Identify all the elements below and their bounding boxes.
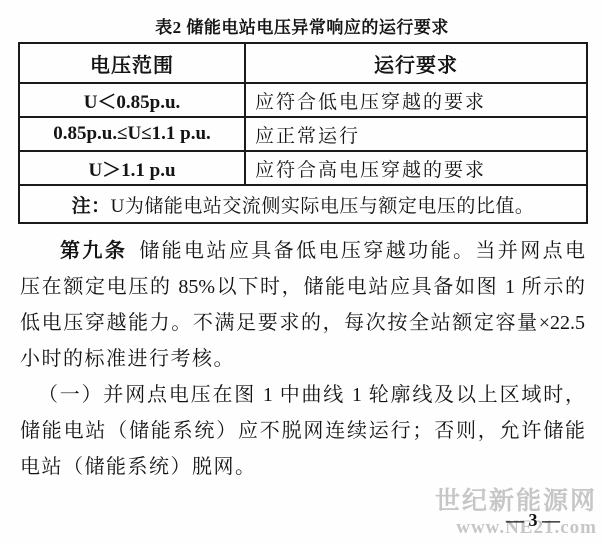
- note-label: 注：: [72, 196, 111, 217]
- cell-requirement: 应符合高电压穿越的要求: [245, 151, 587, 185]
- table-row: 0.85p.u.≤U≤1.1 p.u. 应正常运行: [19, 117, 587, 151]
- header-voltage-range: 电压范围: [19, 43, 245, 83]
- cell-requirement: 应正常运行: [245, 117, 587, 151]
- cell-requirement: 应符合低电压穿越的要求: [245, 83, 587, 117]
- cell-voltage-range: U＜0.85p.u.: [19, 83, 245, 117]
- table-row: U＞1.1 p.u 应符合高电压穿越的要求: [19, 151, 587, 185]
- note-text: U为储能电站交流侧实际电压与额定电压的比值。: [111, 196, 535, 217]
- article9-line: 第九条储能电站应具备低电压穿越功能。当并网点电: [20, 233, 585, 269]
- article9-label: 第九条: [60, 240, 127, 262]
- document-page: 表2 储能电站电压异常响应的运行要求 电压范围 运行要求 U＜0.85p.u. …: [0, 0, 604, 544]
- body-text: 第九条储能电站应具备低电压穿越功能。当并网点电 压在额定电压的 85%以下时，储…: [20, 233, 585, 485]
- article9-line: 压在额定电压的 85%以下时，储能电站应具备如图 1 所示的: [20, 269, 585, 305]
- article9-line: 低电压穿越能力。不满足要求的，每次按全站额定容量×22.5: [20, 305, 585, 341]
- header-operation-requirement: 运行要求: [245, 43, 587, 83]
- article9-line: 小时的标准进行考核。: [20, 341, 585, 377]
- table-note: 注：U为储能电站交流侧实际电压与额定电压的比值。: [19, 185, 587, 223]
- table-caption: 表2 储能电站电压异常响应的运行要求: [0, 0, 604, 38]
- voltage-response-table: 电压范围 运行要求 U＜0.85p.u. 应符合低电压穿越的要求 0.85p.u…: [18, 42, 588, 224]
- page-number: — 3 —: [490, 510, 576, 531]
- cell-voltage-range: U＞1.1 p.u: [19, 151, 245, 185]
- clause1-line: 储能电站（储能系统）应不脱网连续运行；否则，允许储能: [20, 413, 585, 449]
- clause1-line: （一）并网点电压在图 1 中曲线 1 轮廓线及以上区域时，: [20, 377, 585, 413]
- table-row: U＜0.85p.u. 应符合低电压穿越的要求: [19, 83, 587, 117]
- table-header-row: 电压范围 运行要求: [19, 43, 587, 83]
- table-note-row: 注：U为储能电站交流侧实际电压与额定电压的比值。: [19, 185, 587, 223]
- article9-line1-text: 储能电站应具备低电压穿越功能。当并网点电: [139, 240, 585, 262]
- clause1-line: 电站（储能系统）脱网。: [20, 449, 585, 485]
- cell-voltage-range: 0.85p.u.≤U≤1.1 p.u.: [19, 117, 245, 151]
